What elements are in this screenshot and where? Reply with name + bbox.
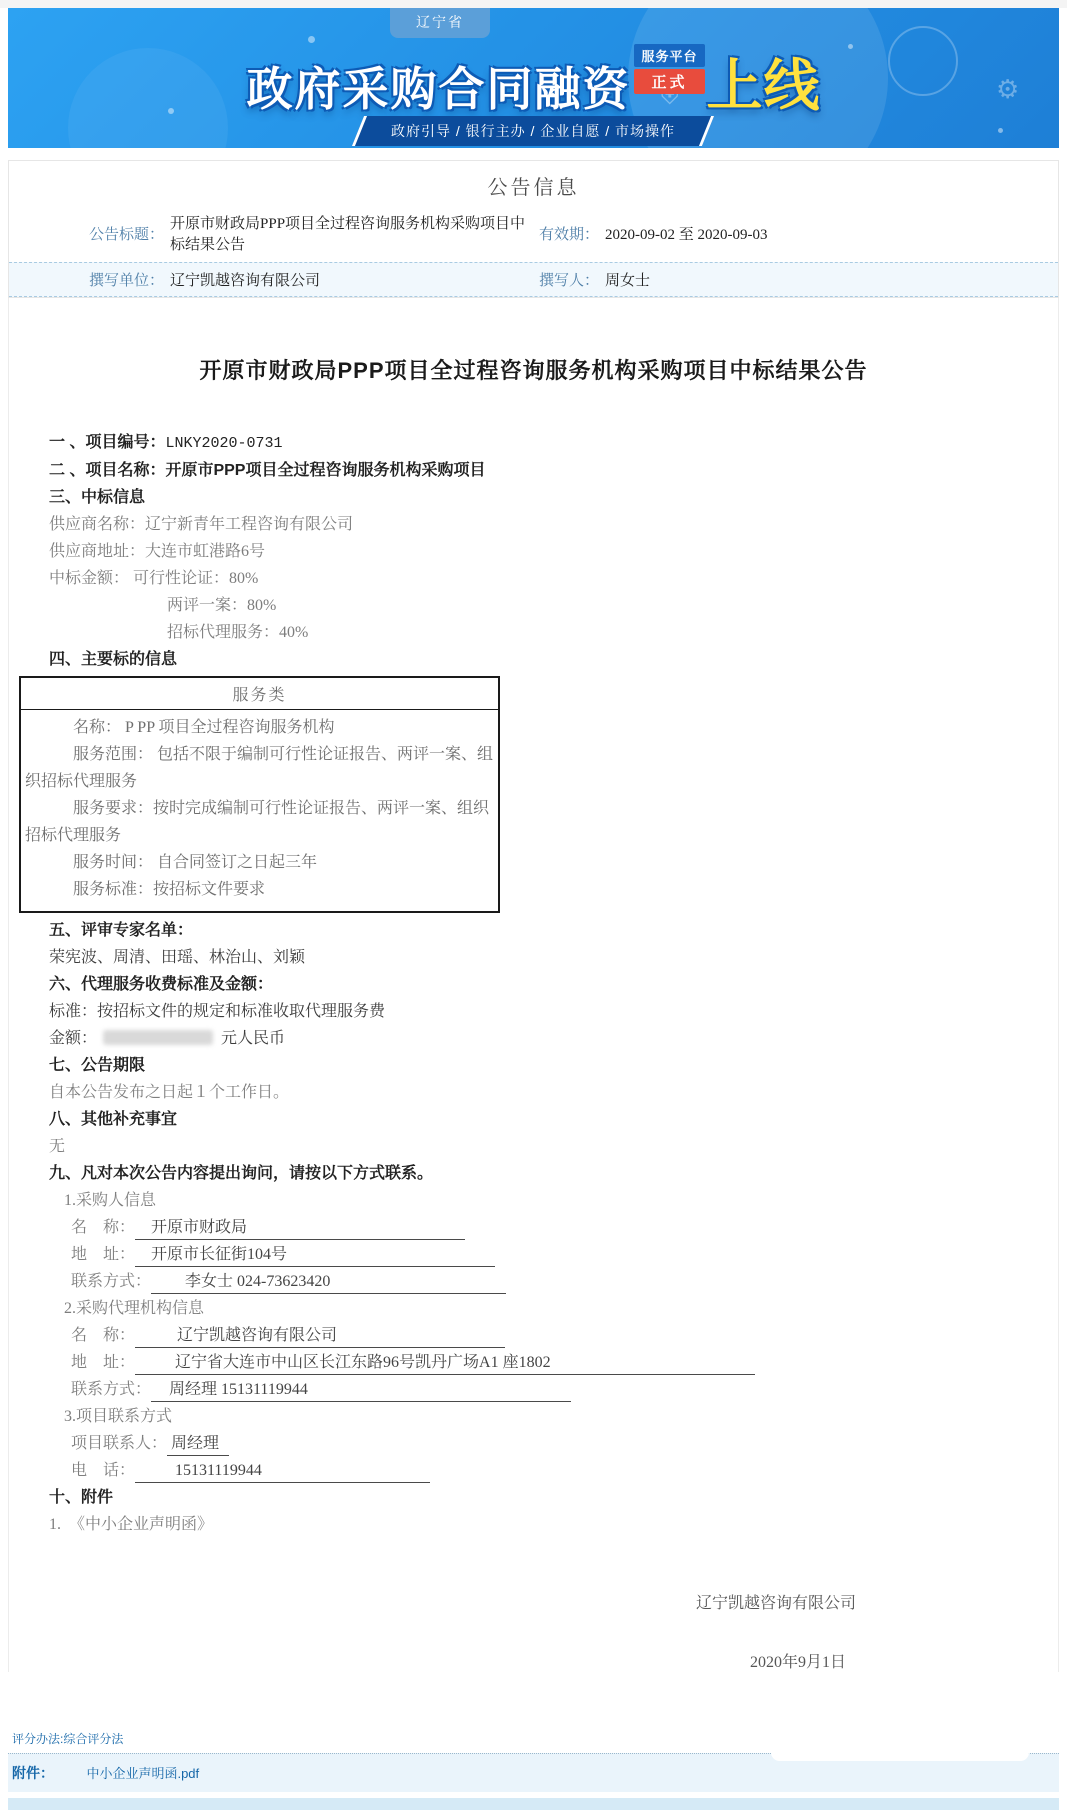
section-6-heading: 六、代理服务收费标准及金额： bbox=[49, 971, 1018, 998]
province-tag: 辽宁省 bbox=[390, 8, 490, 38]
project-contact-title: 3.项目联系方式 bbox=[49, 1403, 1018, 1430]
purchaser-address-row: 地 址：开原市长征街104号 bbox=[49, 1241, 1018, 1268]
banner-slogan: 政府采购合同融资服务平台正式上线 bbox=[8, 42, 1059, 122]
section-7-body: 自本公告发布之日起１个工作日。 bbox=[49, 1079, 1018, 1106]
attachment-list-item: 1. 《中小企业声明函》 bbox=[49, 1511, 1018, 1538]
agency-contact-row: 联系方式：周经理 15131119944 bbox=[49, 1376, 1018, 1403]
bottom-strip bbox=[8, 1798, 1059, 1810]
table-row: 服务时间： 自合同签订之日起三年 bbox=[25, 849, 494, 876]
field-value: 开原市财政局PPP项目全过程咨询服务机构采购项目中标结果公告 bbox=[170, 212, 539, 254]
table-row: 服务范围： 包括不限于编制可行性论证报告、两评一案、组织招标代理服务 bbox=[25, 741, 494, 795]
announcement-page: ⛨ ♡ ⚙ 辽宁省 政府采购合同融资服务平台正式上线 政府引导 / 银行主办 /… bbox=[0, 8, 1067, 1810]
fee-amount-line: 金额：元人民币 bbox=[49, 1025, 1018, 1052]
white-redaction-patch bbox=[771, 1744, 1029, 1761]
redacted-amount-blur bbox=[103, 1030, 213, 1045]
fee-amount-label: 金额： bbox=[49, 1030, 97, 1047]
row-label: 联系方式： bbox=[71, 1273, 151, 1290]
purchaser-info-title: 1.采购人信息 bbox=[49, 1187, 1018, 1214]
slogan-badge-official: 正式 bbox=[634, 69, 704, 94]
section-5-heading: 五、评审专家名单： bbox=[49, 917, 1018, 944]
document-body: 开原市财政局PPP项目全过程咨询服务机构采购项目中标结果公告 一 、项目编号：L… bbox=[9, 298, 1058, 1672]
section-9-heading: 九、凡对本次公告内容提出询问，请按以下方式联系。 bbox=[49, 1160, 1018, 1187]
purchaser-name-row: 名 称：开原市财政局 bbox=[49, 1214, 1018, 1241]
purchaser-contact-value: 李女士 024-73623420 bbox=[151, 1271, 506, 1294]
project-contact-person-value: 周经理 bbox=[167, 1433, 229, 1456]
table-body: 名称： P PP 项目全过程咨询服务机构 服务范围： 包括不限于编制可行性论证报… bbox=[21, 710, 498, 911]
section-7-heading: 七、公告期限 bbox=[49, 1052, 1018, 1079]
award-amount-line-3: 招标代理服务：40% bbox=[49, 619, 1018, 646]
section-10-heading: 十、附件 bbox=[49, 1484, 1018, 1511]
section-2-project-name: 二 、项目名称：开原市PPP项目全过程咨询服务机构采购项目 bbox=[49, 457, 1018, 484]
section-8-heading: 八、其他补充事宜 bbox=[49, 1106, 1018, 1133]
signature-company: 辽宁凯越咨询有限公司 bbox=[49, 1590, 1018, 1613]
field-label: 有效期： bbox=[539, 223, 599, 244]
service-info-table: 服务类 名称： P PP 项目全过程咨询服务机构 服务范围： 包括不限于编制可行… bbox=[19, 676, 500, 913]
project-phone-value: 15131119944 bbox=[135, 1460, 430, 1483]
page-footer: 评分办法:综合评分法 附件： 中小企业声明函.pdf bbox=[8, 1720, 1059, 1810]
promo-banner-link[interactable]: ⛨ ♡ ⚙ 辽宁省 政府采购合同融资服务平台正式上线 政府引导 / 银行主办 /… bbox=[8, 8, 1059, 148]
field-validity-period: 有效期： 2020-09-02 至 2020-09-03 bbox=[539, 223, 1058, 244]
project-number-value: LNKY2020-0731 bbox=[165, 435, 282, 452]
field-author-unit: 撰写单位： 辽宁凯越咨询有限公司 bbox=[9, 269, 539, 290]
agency-address-value: 辽宁省大连市中山区长江东路96号凯丹广场A1 座1802 bbox=[135, 1352, 755, 1375]
experts-list: 荣宪波、周清、田瑶、林治山、刘颖 bbox=[49, 944, 1018, 971]
document-title: 开原市财政局PPP项目全过程咨询服务机构采购项目中标结果公告 bbox=[49, 298, 1018, 385]
slogan-main-text: 政府采购合同融资 bbox=[246, 63, 630, 115]
announcement-info-panel: 公告信息 公告标题： 开原市财政局PPP项目全过程咨询服务机构采购项目中标结果公… bbox=[8, 160, 1059, 298]
section-1-label: 一 、项目编号： bbox=[49, 434, 165, 451]
row-label: 联系方式： bbox=[71, 1381, 151, 1398]
row-label: 地 址： bbox=[71, 1354, 135, 1371]
award-amount-line-2: 两评一案：80% bbox=[49, 592, 1018, 619]
agency-contact-value: 周经理 15131119944 bbox=[151, 1379, 571, 1402]
agency-address-row: 地 址：辽宁省大连市中山区长江东路96号凯丹广场A1 座1802 bbox=[49, 1349, 1018, 1376]
purchaser-address-value: 开原市长征街104号 bbox=[135, 1244, 495, 1267]
table-header-service-category: 服务类 bbox=[21, 678, 498, 710]
row-label: 名 称： bbox=[71, 1219, 135, 1236]
field-value: 2020-09-02 至 2020-09-03 bbox=[605, 223, 767, 244]
purchaser-name-value: 开原市财政局 bbox=[135, 1217, 465, 1240]
award-amount-line-1: 中标金额： 可行性论证：80% bbox=[49, 565, 1018, 592]
project-phone-row: 电 话：15131119944 bbox=[49, 1457, 1018, 1484]
supplier-name-line: 供应商名称：辽宁新青年工程咨询有限公司 bbox=[49, 511, 1018, 538]
banner-ribbon-text: 政府引导 / 银行主办 / 企业自愿 / 市场操作 bbox=[391, 121, 675, 141]
table-row: 服务标准：按招标文件要求 bbox=[25, 876, 494, 903]
info-row-2: 撰写单位： 辽宁凯越咨询有限公司 撰写人： 周女士 bbox=[9, 262, 1058, 297]
row-label: 项目联系人： bbox=[71, 1435, 167, 1452]
project-contact-person-row: 项目联系人：周经理 bbox=[49, 1430, 1018, 1457]
attachment-row: 附件： 中小企业声明函.pdf bbox=[8, 1753, 1059, 1792]
attachment-pdf-link[interactable]: 中小企业声明函.pdf bbox=[86, 1766, 199, 1781]
field-author: 撰写人： 周女士 bbox=[539, 269, 1058, 290]
purchaser-contact-row: 联系方式：李女士 024-73623420 bbox=[49, 1268, 1018, 1295]
agency-info-title: 2.采购代理机构信息 bbox=[49, 1295, 1018, 1322]
row-label: 名 称： bbox=[71, 1327, 135, 1344]
info-panel-title: 公告信息 bbox=[9, 161, 1058, 208]
page-top-strip bbox=[0, 0, 1067, 8]
field-label: 公告标题： bbox=[89, 223, 164, 244]
table-row: 名称： P PP 项目全过程咨询服务机构 bbox=[25, 714, 494, 741]
fee-amount-suffix: 元人民币 bbox=[221, 1030, 285, 1047]
section-3-heading: 三、中标信息 bbox=[49, 484, 1018, 511]
slogan-highlight-text: 上线 bbox=[707, 54, 821, 117]
section-4-heading: 四、主要标的信息 bbox=[49, 646, 1018, 673]
section-8-body: 无 bbox=[49, 1133, 1018, 1160]
field-value: 周女士 bbox=[605, 269, 650, 290]
row-label: 地 址： bbox=[71, 1246, 135, 1263]
info-row-1: 公告标题： 开原市财政局PPP项目全过程咨询服务机构采购项目中标结果公告 有效期… bbox=[9, 208, 1058, 262]
fee-standard-line: 标准：按招标文件的规定和标准收取代理服务费 bbox=[49, 998, 1018, 1025]
agency-name-row: 名 称：辽宁凯越咨询有限公司 bbox=[49, 1322, 1018, 1349]
slogan-badge-stack: 服务平台正式 bbox=[634, 44, 704, 94]
row-label: 电 话： bbox=[71, 1462, 135, 1479]
section-1-project-number: 一 、项目编号：LNKY2020-0731 bbox=[49, 429, 1018, 457]
banner-ribbon: 政府引导 / 银行主办 / 企业自愿 / 市场操作 bbox=[352, 116, 714, 146]
banner-ribbon-wrap: 政府引导 / 银行主办 / 企业自愿 / 市场操作 bbox=[8, 116, 1059, 146]
supplier-address-line: 供应商地址：大连市虹港路6号 bbox=[49, 538, 1018, 565]
field-value: 辽宁凯越咨询有限公司 bbox=[170, 269, 320, 290]
attachment-label: 附件： bbox=[12, 1765, 54, 1781]
agency-name-value: 辽宁凯越咨询有限公司 bbox=[135, 1325, 505, 1348]
document-sheet: 开原市财政局PPP项目全过程咨询服务机构采购项目中标结果公告 一 、项目编号：L… bbox=[8, 298, 1059, 1672]
field-label: 撰写人： bbox=[539, 269, 599, 290]
table-row: 服务要求：按时完成编制可行性论证报告、两评一案、组织招标代理服务 bbox=[25, 795, 494, 849]
field-label: 撰写单位： bbox=[89, 269, 164, 290]
field-announcement-title: 公告标题： 开原市财政局PPP项目全过程咨询服务机构采购项目中标结果公告 bbox=[9, 212, 539, 254]
slogan-badge-service-platform: 服务平台 bbox=[634, 44, 704, 67]
signature-date: 2020年9月1日 bbox=[49, 1649, 1018, 1672]
